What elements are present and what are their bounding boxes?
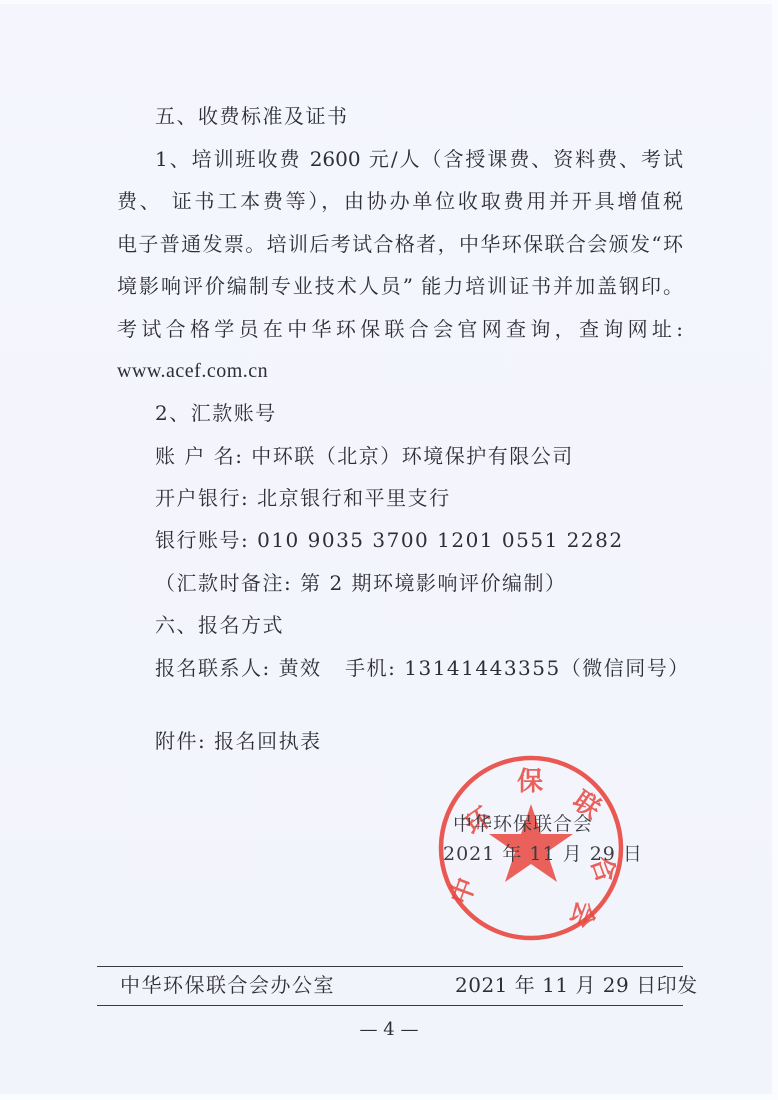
section-six-heading: 六、报名方式 — [155, 612, 284, 638]
issuing-office: 中华环保联合会办公室 — [120, 972, 335, 998]
item1-line-3: 电子普通发票。培训后考试合格者，中华环保联合会颁发“环 — [117, 231, 683, 257]
account-number: 银行账号: 010 9035 3700 1201 0551 2282 — [155, 527, 624, 553]
footer-top-rule — [97, 966, 683, 967]
svg-text:会: 会 — [564, 897, 601, 932]
contact-info: 报名联系人: 黄效 手机: 13141443355（微信同号） — [155, 655, 690, 681]
page-number: — 4 — — [0, 1018, 778, 1042]
attachment-note: 附件: 报名回执表 — [155, 728, 322, 754]
item1-line-2: 费、 证书工本费等），由协办单位收取费用并开具增值税 — [117, 188, 683, 214]
issue-date: 2021 年 11 月 29 日印发 — [455, 972, 698, 998]
account-name: 账 户 名: 中环联（北京）环境保护有限公司 — [155, 443, 574, 469]
signature-organization: 中华环保联合会 — [453, 812, 593, 836]
scan-edge-bottom — [0, 1094, 778, 1100]
section-five-heading: 五、收费标准及证书 — [155, 103, 349, 129]
bank-name: 开户银行: 北京银行和平里支行 — [155, 485, 451, 511]
website-url[interactable]: www.acef.com.cn — [117, 358, 268, 384]
footer-bottom-rule — [97, 1005, 683, 1006]
item1-line-1: 1、培训班收费 2600 元/人（含授课费、资料费、考试 — [155, 146, 683, 172]
svg-text:保: 保 — [517, 767, 543, 797]
svg-text:中: 中 — [445, 874, 482, 909]
scan-edge-right — [772, 0, 778, 1100]
item2-heading: 2、汇款账号 — [155, 400, 277, 426]
item1-line-5: 考试合格学员在中华环保联合会官网查询，查询网址: — [117, 316, 683, 342]
document-page: 五、收费标准及证书 1、培训班收费 2600 元/人（含授课费、资料费、考试 费… — [0, 0, 778, 1100]
signature-date: 2021 年 11 月 29 日 — [443, 842, 643, 866]
remittance-remark: （汇款时备注: 第 2 期环境影响评价编制） — [155, 570, 567, 596]
scan-edge-top — [0, 0, 778, 4]
item1-line-4: 境影响评价编制专业技术人员” 能力培训证书并加盖钢印。 — [117, 273, 683, 299]
